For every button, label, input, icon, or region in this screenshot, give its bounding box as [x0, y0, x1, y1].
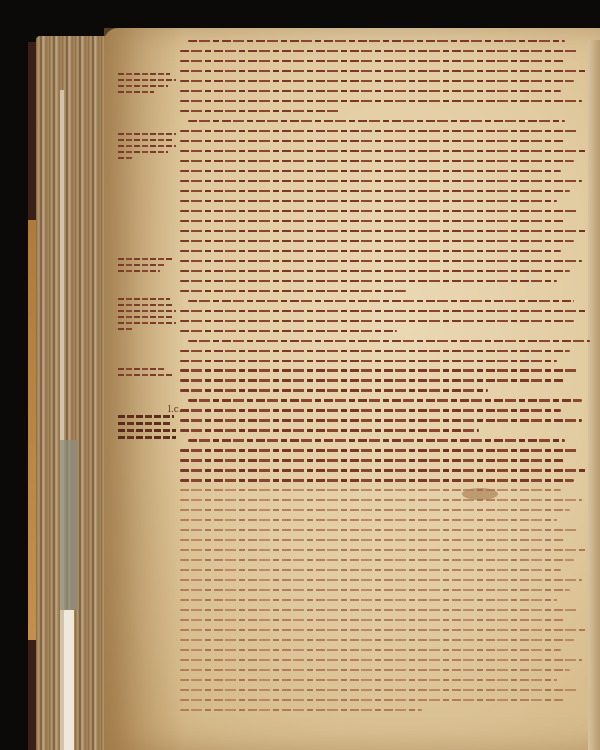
text-line — [180, 519, 557, 521]
text-line — [180, 549, 586, 551]
text-line — [180, 449, 578, 451]
text-line — [180, 330, 397, 332]
text-line — [180, 80, 574, 82]
text-line — [180, 160, 574, 162]
text-line — [188, 300, 573, 302]
margin-note-4 — [118, 295, 178, 334]
text-line — [188, 399, 582, 401]
text-line — [180, 489, 561, 491]
text-line — [180, 629, 586, 631]
text-line — [180, 649, 561, 651]
text-line — [180, 409, 561, 411]
text-line — [180, 509, 570, 511]
text-line — [180, 270, 570, 272]
text-line — [180, 469, 586, 471]
text-line — [188, 439, 565, 441]
text-line — [180, 499, 582, 501]
main-text-block — [180, 40, 590, 719]
text-line — [180, 419, 582, 421]
text-line — [180, 669, 570, 671]
text-line — [180, 389, 488, 391]
text-line — [180, 290, 406, 292]
text-line — [180, 70, 586, 72]
text-line — [180, 210, 578, 212]
text-line — [180, 479, 574, 481]
text-line — [180, 150, 586, 152]
text-line — [180, 589, 570, 591]
text-line — [180, 110, 340, 112]
text-line — [180, 200, 557, 202]
margin-note-2 — [118, 130, 178, 163]
text-line — [180, 90, 561, 92]
fore-edge-paper-slip — [64, 610, 74, 750]
text-line — [180, 170, 561, 172]
text-line — [180, 350, 570, 352]
text-line — [188, 340, 590, 342]
text-line — [180, 130, 578, 132]
text-line — [180, 579, 582, 581]
text-line — [180, 180, 582, 182]
text-line — [180, 100, 582, 102]
text-line — [180, 689, 578, 691]
margin-note-5 — [118, 365, 178, 380]
text-line — [180, 609, 578, 611]
text-line — [180, 369, 578, 371]
text-line — [180, 459, 565, 461]
text-line — [180, 190, 570, 192]
fore-edge-tab — [60, 440, 78, 610]
text-line — [188, 120, 565, 122]
text-line — [180, 320, 574, 322]
rubric-annotation: l.c. — [168, 405, 182, 415]
text-line — [180, 539, 565, 541]
text-line — [180, 529, 578, 531]
text-line — [180, 230, 586, 232]
text-line — [180, 619, 565, 621]
text-line — [180, 379, 565, 381]
text-line — [188, 40, 565, 42]
text-line — [180, 140, 565, 142]
text-line — [180, 559, 574, 561]
margin-note-1 — [118, 70, 178, 97]
text-line — [180, 699, 565, 701]
text-line — [180, 50, 578, 52]
text-line — [180, 659, 582, 661]
text-line — [180, 280, 557, 282]
text-line — [180, 679, 557, 681]
text-line — [180, 569, 561, 571]
text-line — [180, 639, 574, 641]
text-line — [180, 709, 422, 711]
text-line — [180, 240, 574, 242]
text-line — [180, 250, 561, 252]
text-line — [180, 60, 565, 62]
margin-rubric — [118, 412, 178, 443]
margin-note-3 — [118, 255, 178, 276]
text-line — [180, 220, 565, 222]
text-line — [180, 360, 557, 362]
text-line — [180, 310, 586, 312]
text-line — [180, 429, 479, 431]
text-line — [180, 599, 557, 601]
text-line — [180, 260, 582, 262]
